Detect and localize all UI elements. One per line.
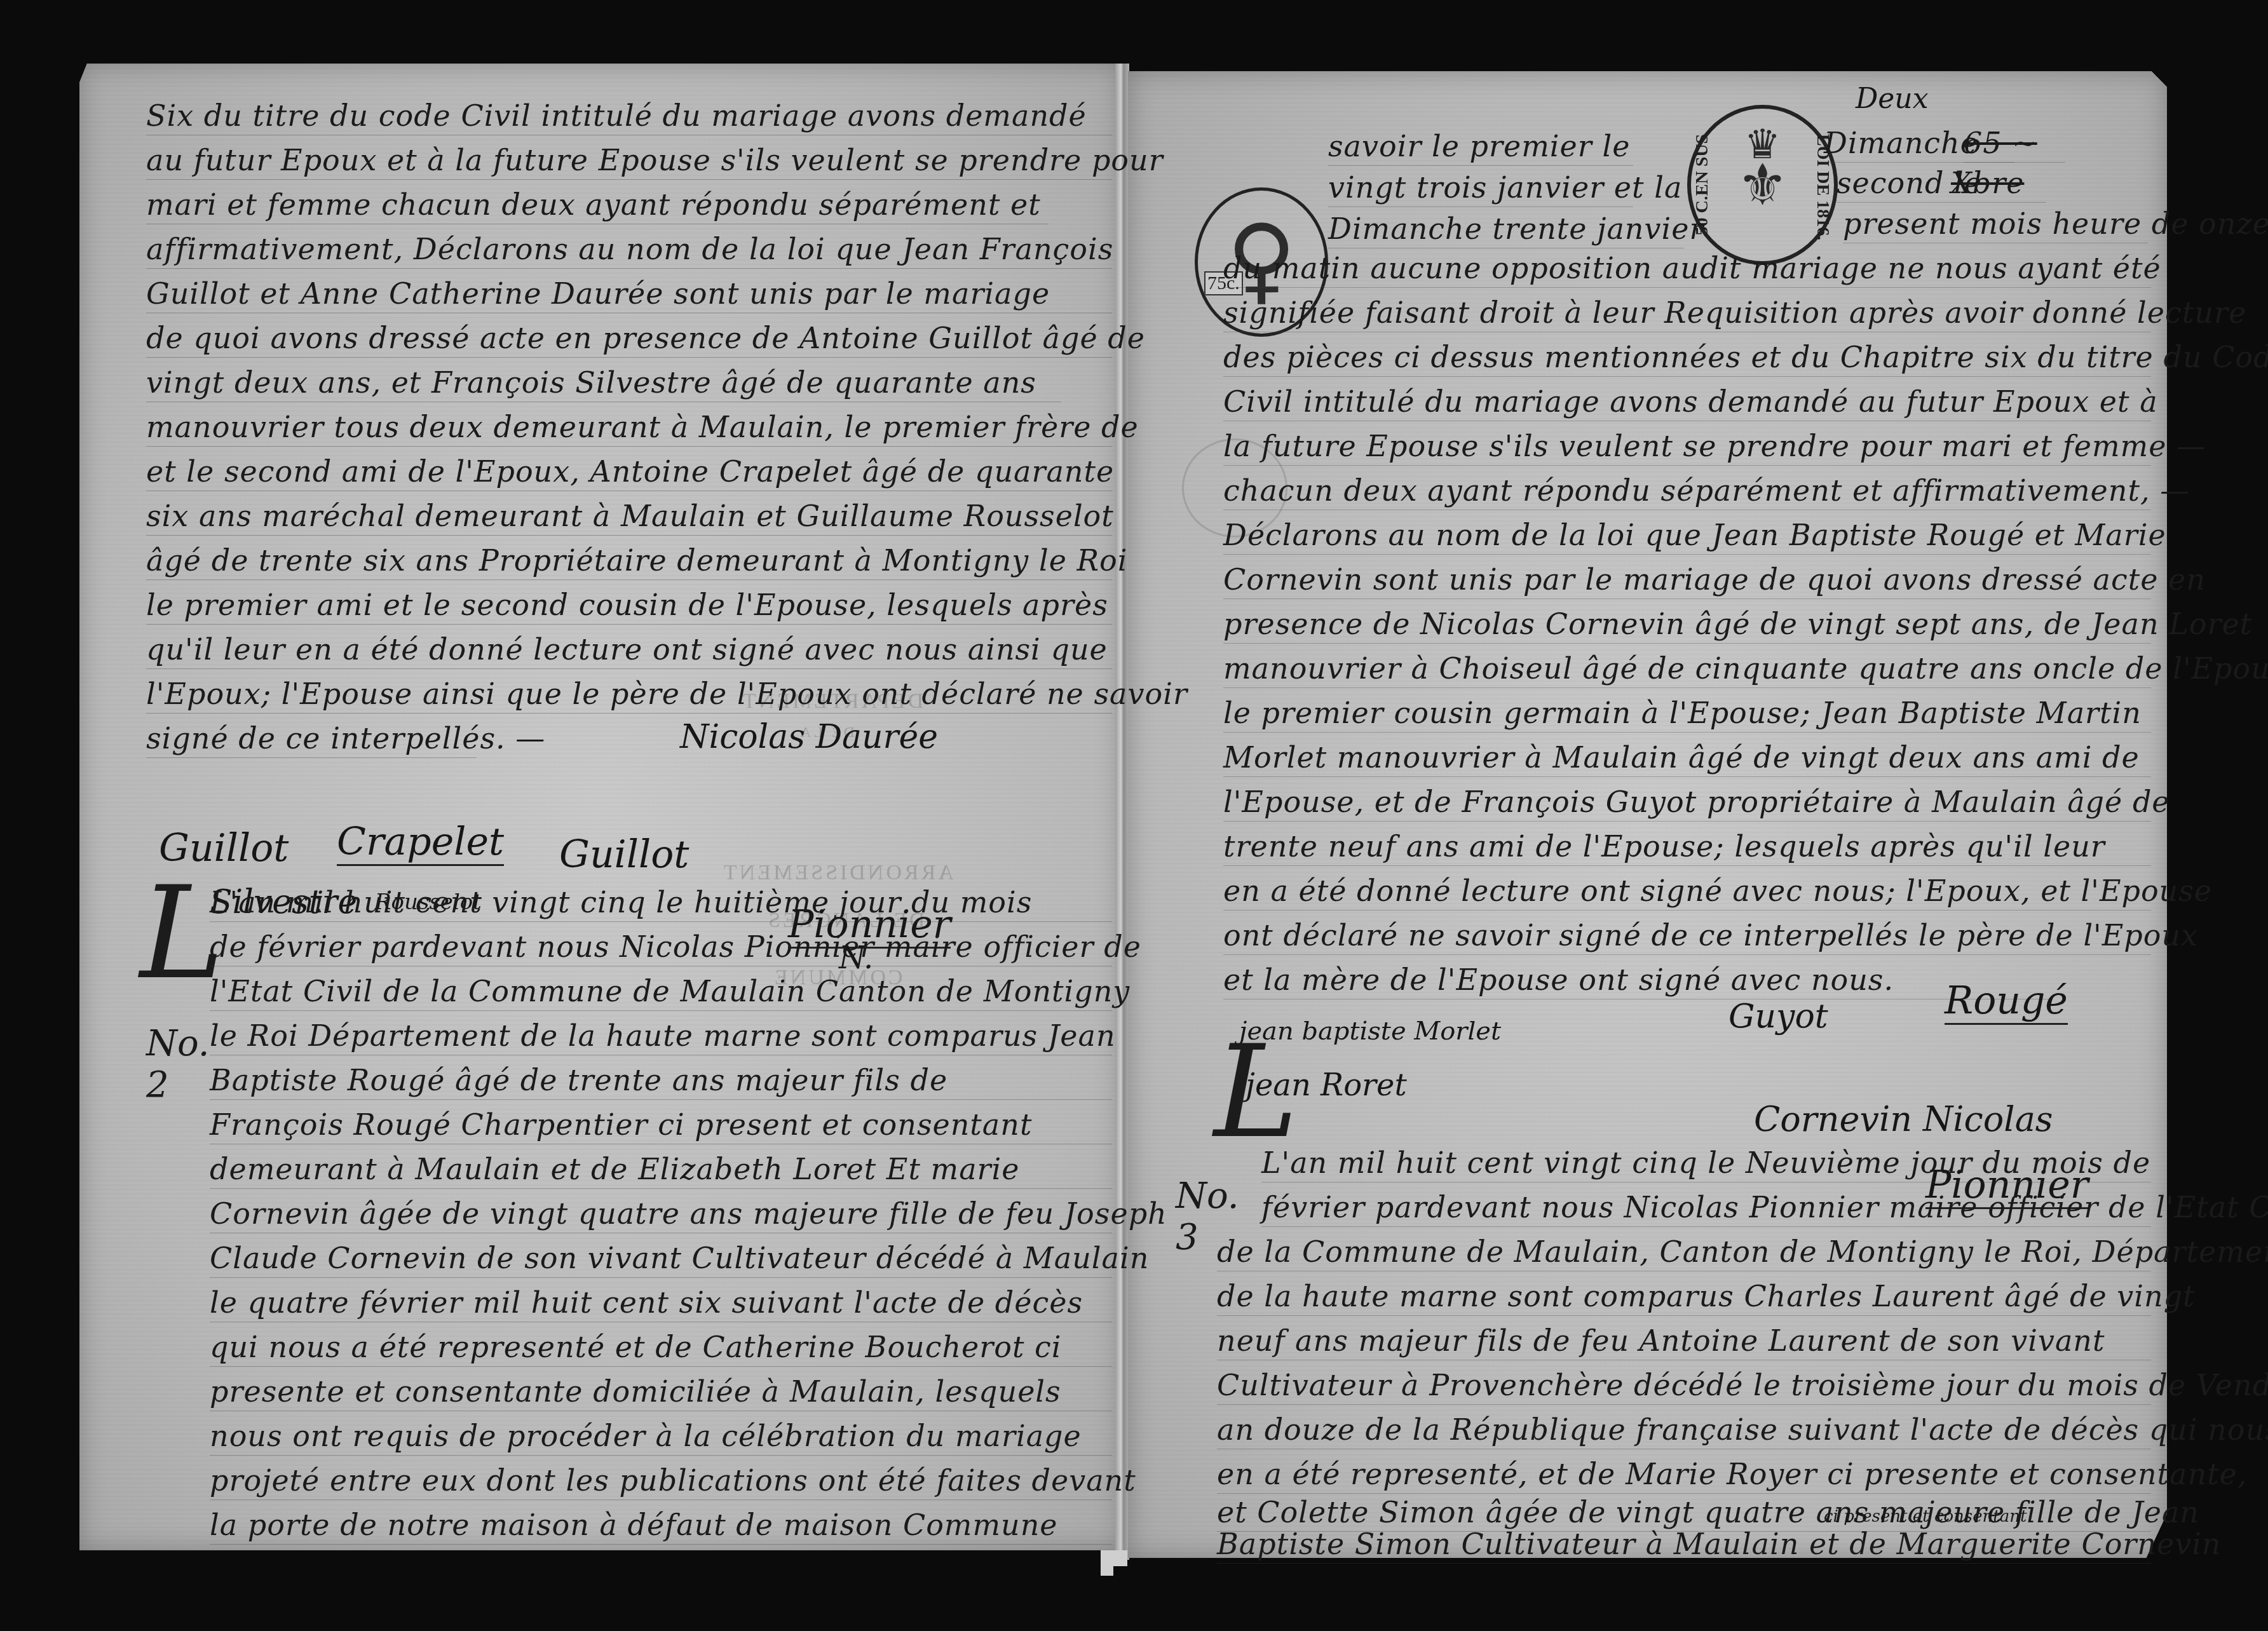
text-line: an douze de la République française suiv… <box>1217 1411 2151 1449</box>
text-line: de quoi avons dressé acte en presence de… <box>146 319 1112 358</box>
signature-nicolas-dauree: Nicolas Daurée <box>680 718 938 756</box>
text-line: Déclarons au nom de la loi que Jean Bapt… <box>1223 516 2151 555</box>
text-line: l'Epouse, et de François Guyot propriéta… <box>1223 783 2151 822</box>
signature-rouge: Rougé <box>1945 978 2068 1025</box>
text-line: Civil intitulé du mariage avons demandé … <box>1223 382 2151 421</box>
text-line: neuf ans majeur fils de feu Antoine Laur… <box>1217 1322 2151 1360</box>
text-line: signifiée faisant droit à leur Requisiti… <box>1223 294 2151 332</box>
text-line: six ans maréchal demeurant à Maulain et … <box>146 497 1112 536</box>
text-line: et la mère de l'Epouse ont signé avec no… <box>1223 961 2049 999</box>
text-line: de la haute marne sont comparus Charles … <box>1217 1277 2151 1316</box>
text-line: la porte de notre maison à défaut de mai… <box>210 1506 1112 1545</box>
text-line: Cultivateur à Provenchère décédé le troi… <box>1217 1366 2151 1405</box>
text-line: février pardevant nous Nicolas Pionnier … <box>1261 1188 2151 1227</box>
text-line: le Roi Département de la haute marne son… <box>210 1017 1112 1055</box>
interlinear-insert: ci present et consentant <box>1824 1507 2027 1526</box>
text-line: au futur Epoux et à la future Epouse s'i… <box>146 141 1112 180</box>
text-line: le quatre février mil huit cent six suiv… <box>210 1283 1112 1322</box>
entry-number-2: No. 2 <box>146 1023 210 1106</box>
text-line: savoir le premier le <box>1328 127 1633 166</box>
text-line: second le <box>1837 164 1951 203</box>
insert-deux: Deux <box>1856 83 1928 115</box>
text-line: trente neuf ans ami de l'Epouse; lesquel… <box>1223 827 2151 866</box>
text-line: presente et consentante domiciliée à Mau… <box>210 1372 1112 1411</box>
text-line: signé de ce interpellés. — <box>146 719 477 758</box>
text-line: qu'il leur en a été donné lecture ont si… <box>146 630 1112 669</box>
text-line: âgé de trente six ans Propriétaire demeu… <box>146 541 1112 580</box>
text-line: de février pardevant nous Nicolas Pionni… <box>210 928 1112 966</box>
text-line: et le second ami de l'Epoux, Antoine Cra… <box>146 452 1112 491</box>
struck-text: 65 ~ <box>1964 124 2065 163</box>
text-line: l'Epoux; l'Epouse ainsi que le père de l… <box>146 675 1112 714</box>
binding-tab <box>1113 1550 1127 1566</box>
text-line: Morlet manouvrier à Maulain âgé de vingt… <box>1223 738 2151 777</box>
text-line: qui nous a été representé et de Catherin… <box>210 1328 1112 1367</box>
text-line: Baptiste Simon Cultivateur à Maulain et … <box>1217 1525 2151 1564</box>
text-line: manouvrier à Choiseul âgé de cinquante q… <box>1223 649 2151 688</box>
text-line: present mois heure de onze <box>1843 205 2148 243</box>
text-line: en a été donné lecture ont signé avec no… <box>1223 872 2151 910</box>
text-line: Baptiste Rougé âgé de trente ans majeur … <box>210 1061 1112 1100</box>
text-line: le premier cousin germain à l'Epouse; Je… <box>1223 694 2151 733</box>
text-line: en a été representé, et de Marie Royer c… <box>1217 1455 2151 1494</box>
text-line: L'an mil huit cent vingt cinq le huitièm… <box>210 883 1112 922</box>
book-gutter <box>1115 64 1129 1560</box>
text-line: Six du titre du code Civil intitulé du m… <box>146 97 1112 135</box>
text-line: François Rougé Charpentier ci present et… <box>210 1106 1112 1144</box>
text-line: Cornevin sont unis par le mariage de quo… <box>1223 560 2151 599</box>
round-tax-stamp: ♛ ⚜ 50 C.EN SUS LOI DE 1816. <box>1687 105 1838 265</box>
text-line: affirmativement, Déclarons au nom de la … <box>146 230 1112 269</box>
crown-icon: ♛ <box>1744 121 1781 168</box>
text-line: projeté entre eux dont les publications … <box>210 1461 1112 1500</box>
text-line: nous ont requis de procéder à la célébra… <box>210 1417 1112 1456</box>
signature-cornevin: Cornevin Nicolas <box>1754 1099 2053 1139</box>
text-line: chacun deux ayant répondu séparément et … <box>1223 471 2151 510</box>
text-line: vingt deux ans, et François Silvestre âg… <box>146 363 1061 402</box>
text-line: vingt trois janvier et la <box>1328 168 1633 207</box>
text-line: le premier ami et le second cousin de l'… <box>146 586 1112 625</box>
text-line: manouvrier tous deux demeurant à Maulain… <box>146 408 1112 447</box>
text-line: demeurant à Maulain et de Elizabeth Lore… <box>210 1150 1112 1189</box>
binding-tab <box>1101 1550 1113 1576</box>
struck-text: Xbre <box>1951 164 2046 203</box>
text-line: mari et femme chacun deux ayant répondu … <box>146 186 1049 224</box>
text-line: la future Epouse s'ils veulent se prendr… <box>1223 427 2151 466</box>
signature-guillot-2: Guillot <box>559 832 689 877</box>
text-line: Claude Cornevin de son vivant Cultivateu… <box>210 1239 1112 1278</box>
signature-crapelet: Crapelet <box>337 820 504 866</box>
text-line: Cornevin âgée de vingt quatre ans majeur… <box>210 1194 1112 1233</box>
bleedthrough-text: ARRONDISSEMENT <box>721 861 954 885</box>
entry-initial-L: L <box>1214 1029 1298 1156</box>
text-line: l'Etat Civil de la Commune de Maulain Ca… <box>210 972 1112 1011</box>
text-line: presence de Nicolas Cornevin âgé de ving… <box>1223 605 2151 644</box>
text-line: du matin aucune opposition audit mariage… <box>1223 249 2151 288</box>
text-line: Guillot et Anne Catherine Daurée sont un… <box>146 274 1112 313</box>
signature-guyot: Guyot <box>1728 998 1828 1036</box>
text-line: des pièces ci dessus mentionnées et du C… <box>1223 338 2151 377</box>
text-line: Dimanche trente janvier <box>1328 210 1684 248</box>
text-line: de la Commune de Maulain, Canton de Mont… <box>1217 1233 2151 1271</box>
text-line: ont déclaré ne savoir signé de ce interp… <box>1223 916 2151 955</box>
text-line: L'an mil huit cent vingt cinq le Neuvièm… <box>1261 1144 2151 1182</box>
